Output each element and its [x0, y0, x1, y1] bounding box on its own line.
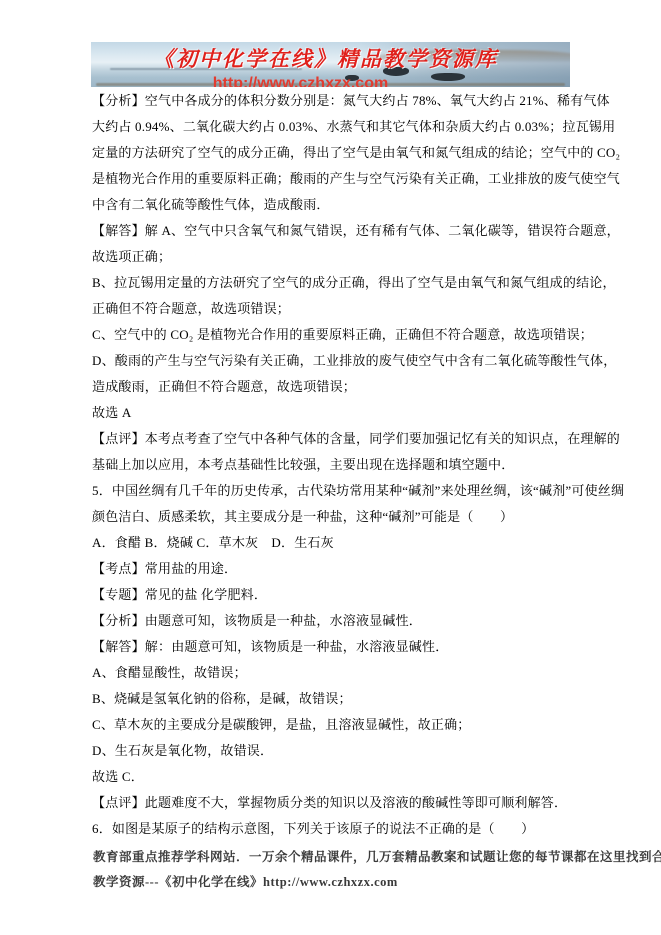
analysis-q5: 【分析】由题意可知，该物质是一种盐，水溶液显碱性． [92, 608, 574, 634]
zhuanti-q5: 【专题】常见的盐 化学肥料． [92, 582, 574, 608]
text-line: 中含有二氧化硫等酸性气体，造成酸雨． [92, 192, 574, 218]
text-line: 故选项正确； [92, 244, 574, 270]
text-line: 教学资源---《初中化学在线》http://www.czhxzx.com [93, 870, 571, 895]
analysis-q4: 【分析】空气中各成分的体积分数分别是：氮气大约占 78%、氧气大约占 21%、稀… [92, 88, 574, 218]
text-line: 【分析】由题意可知，该物质是一种盐，水溶液显碱性． [92, 608, 574, 634]
text-line: B、拉瓦锡用定量的方法研究了空气的成分正确，得出了空气是由氧气和氮气组成的结论， [92, 270, 574, 296]
answer-q4: 【解答】解 A、空气中只含氧气和氮气错误，还有稀有气体、二氧化碳等，错误符合题意… [92, 218, 574, 426]
text-line: 【专题】常见的盐 化学肥料． [92, 582, 574, 608]
text-line: 造成酸雨，正确但不符合题意，故选项错误； [92, 374, 574, 400]
text-line: D、酸雨的产生与空气污染有关正确，工业排放的废气使空气中含有二氧化硫等酸性气体， [92, 348, 574, 374]
text-line: 定量的方法研究了空气的成分正确，得出了空气是由氧气和氮气组成的结论；空气中的 C… [92, 140, 574, 166]
text-line: 基础上加以应用，本考点基础性比较强，主要出现在选择题和填空题中． [92, 452, 574, 478]
answer-q5: 【解答】解：由题意可知，该物质是一种盐，水溶液显碱性．A、食醋显酸性，故错误；B… [92, 634, 574, 790]
text-line: 6．如图是某原子的结构示意图，下列关于该原子的说法不正确的是（ ） [92, 816, 574, 842]
site-banner: 《初中化学在线》精品教学资源库 http://www.czhxzx.com [91, 42, 570, 87]
text-line: 正确但不符合题意，故选项错误； [92, 296, 574, 322]
kaodian-q5: 【考点】常用盐的用途． [92, 556, 574, 582]
banner-title: 《初中化学在线》精品教学资源库 [91, 46, 560, 72]
document-page: 《初中化学在线》精品教学资源库 http://www.czhxzx.com 【分… [0, 0, 661, 935]
text-line: A、食醋显酸性，故错误； [92, 660, 574, 686]
text-line: 故选 C． [92, 764, 574, 790]
text-line: 教育部重点推荐学科网站．一万余个精品课件，几万套精品教案和试题让您的每节课都在这… [93, 845, 571, 870]
text-line: 【点评】本考点考查了空气中各种气体的含量，同学们要加强记忆有关的知识点，在理解的 [92, 426, 574, 452]
text-line: 【点评】此题难度不大，掌握物质分类的知识以及溶液的酸碱性等即可顺利解答． [92, 790, 574, 816]
text-line: 【解答】解：由题意可知，该物质是一种盐，水溶液显碱性． [92, 634, 574, 660]
text-line: D、生石灰是氧化物，故错误． [92, 738, 574, 764]
question-5: 5．中国丝绸有几千年的历史传承，古代染坊常用某种“碱剂”来处理丝绸，该“碱剂”可… [92, 478, 574, 556]
text-line: 【考点】常用盐的用途． [92, 556, 574, 582]
text-line: 是植物光合作用的重要原料正确；酸雨的产生与空气污染有关正确，工业排放的废气使空气 [92, 166, 574, 192]
text-line: A．食醋 B．烧碱 C．草木灰 D．生石灰 [92, 530, 574, 556]
text-line: 颜色洁白、质感柔软，其主要成分是一种盐，这种“碱剂”可能是（ ） [92, 504, 574, 530]
text-line: 【解答】解 A、空气中只含氧气和氮气错误，还有稀有气体、二氧化碳等，错误符合题意… [92, 218, 574, 244]
text-line: 5．中国丝绸有几千年的历史传承，古代染坊常用某种“碱剂”来处理丝绸，该“碱剂”可… [92, 478, 574, 504]
page-footer: 教育部重点推荐学科网站．一万余个精品课件，几万套精品教案和试题让您的每节课都在这… [93, 845, 571, 895]
banner-url-link[interactable]: http://www.czhxzx.com [91, 75, 510, 87]
text-line: 大约占 0.94%、二氧化碳大约占 0.03%、水蒸气和其它气体和杂质大约占 0… [92, 114, 574, 140]
question-6: 6．如图是某原子的结构示意图，下列关于该原子的说法不正确的是（ ） [92, 816, 574, 842]
text-line: B、烧碱是氢氧化钠的俗称，是碱，故错误； [92, 686, 574, 712]
text-line: C、空气中的 CO₂ 是植物光合作用的重要原料正确，正确但不符合题意，故选项错误… [92, 322, 574, 348]
text-line: C、草木灰的主要成分是碳酸钾，是盐，且溶液显碱性，故正确； [92, 712, 574, 738]
text-line: 故选 A [92, 400, 574, 426]
comment-q4: 【点评】本考点考查了空气中各种气体的含量，同学们要加强记忆有关的知识点，在理解的… [92, 426, 574, 478]
text-line: 【分析】空气中各成分的体积分数分别是：氮气大约占 78%、氧气大约占 21%、稀… [92, 88, 574, 114]
comment-q5: 【点评】此题难度不大，掌握物质分类的知识以及溶液的酸碱性等即可顺利解答． [92, 790, 574, 816]
document-body: 【分析】空气中各成分的体积分数分别是：氮气大约占 78%、氧气大约占 21%、稀… [92, 88, 574, 842]
